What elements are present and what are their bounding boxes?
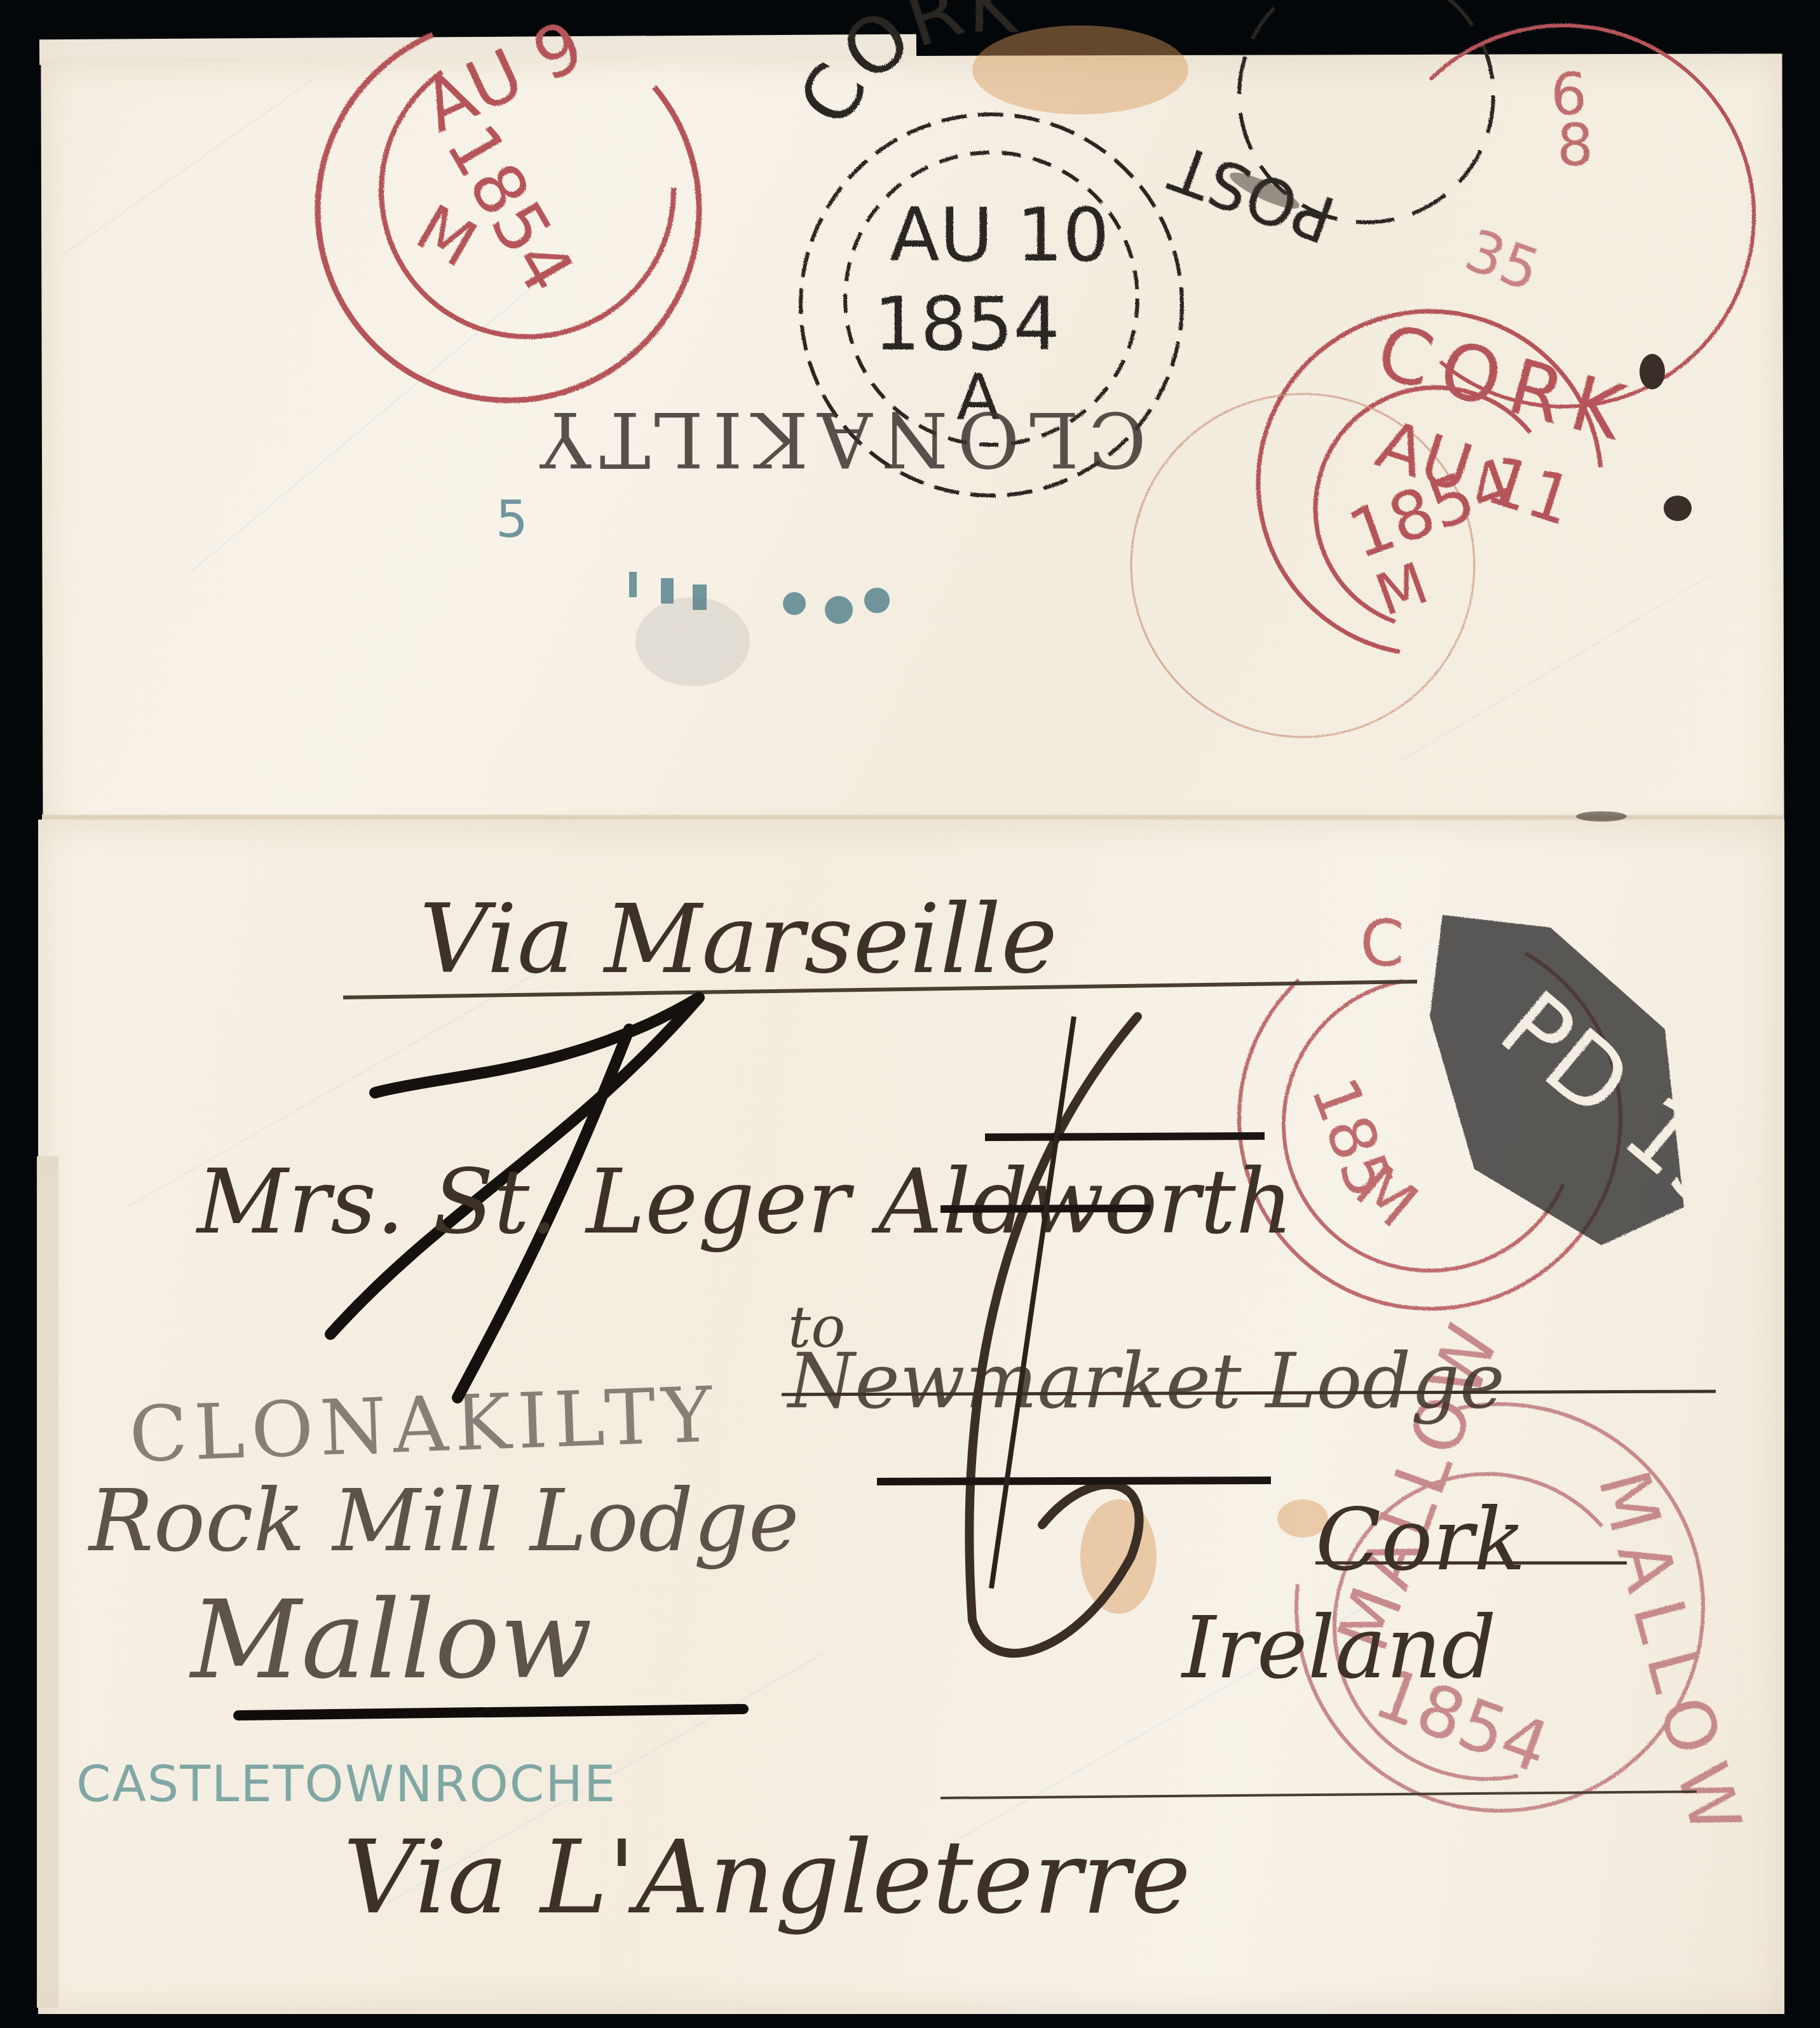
cover-lower-panel (38, 820, 1784, 2014)
cover-left-edge (37, 1156, 58, 2008)
cover-upper-panel (41, 53, 1784, 846)
fold-crease (42, 815, 1783, 821)
cover-photo-background: AU 9 1854 M CORK AU 10 1854 A CLONAKILTY… (0, 0, 1820, 2028)
